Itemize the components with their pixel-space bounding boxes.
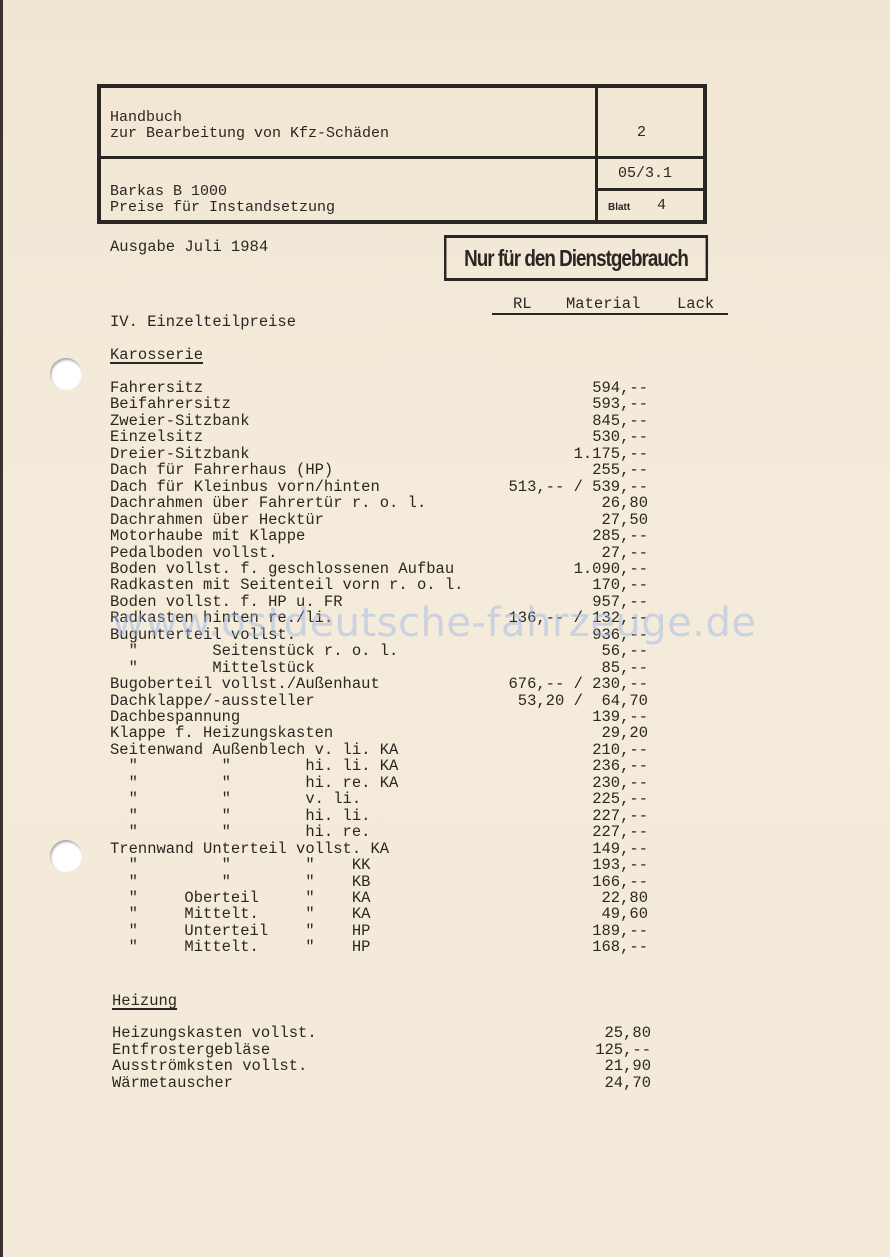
item-price: 85,-- bbox=[601, 660, 648, 677]
item-price: 26,80 bbox=[601, 495, 648, 512]
item-name: Dreier-Sitzbank bbox=[110, 446, 250, 463]
item-name: Trennwand Unterteil vollst. KA bbox=[110, 841, 389, 858]
item-price: 227,-- bbox=[592, 808, 648, 825]
item-price: 21,90 bbox=[604, 1058, 651, 1075]
header-title-line1: Handbuch bbox=[110, 110, 182, 126]
item-price: 1.175,-- bbox=[574, 446, 648, 463]
restricted-use-stamp: Nur für den Dienstgebrauch bbox=[444, 235, 708, 281]
document-page: Handbuch zur Bearbeitung von Kfz-Schäden… bbox=[0, 0, 890, 1257]
item-price: 22,80 bbox=[601, 890, 648, 907]
section-title: IV. Einzelteilpreise bbox=[110, 314, 296, 331]
item-price: 676,-- / 230,-- bbox=[508, 676, 648, 693]
item-name: Beifahrersitz bbox=[110, 396, 231, 413]
item-price: 1.090,-- bbox=[574, 561, 648, 578]
item-name: Motorhaube mit Klappe bbox=[110, 528, 305, 545]
page-edge-shadow bbox=[0, 0, 3, 1257]
header-title-line2: zur Bearbeitung von Kfz-Schäden bbox=[110, 126, 389, 142]
punch-hole-icon bbox=[50, 840, 82, 872]
item-name: " Mittelstück bbox=[110, 660, 315, 677]
item-price: 139,-- bbox=[592, 709, 648, 726]
edition-date: Ausgabe Juli 1984 bbox=[110, 239, 268, 256]
item-name: " " v. li. bbox=[110, 791, 361, 808]
item-name: " Oberteil " KA bbox=[110, 890, 370, 907]
item-name: Pedalboden vollst. bbox=[110, 545, 277, 562]
item-name: " " hi. li. KA bbox=[110, 758, 398, 775]
header-section-code: 05/3.1 bbox=[618, 166, 672, 182]
item-name: Klappe f. Heizungskasten bbox=[110, 725, 333, 742]
item-name: Dach für Kleinbus vorn/hinten bbox=[110, 479, 380, 496]
item-name: Dachklappe/-aussteller bbox=[110, 693, 315, 710]
stamp-text: Nur für den Dienstgebrauch bbox=[464, 245, 688, 272]
watermark: www.ostdeutsche-fahrzeuge.de bbox=[112, 600, 757, 646]
item-name: Entfrostergebläse bbox=[112, 1042, 270, 1059]
header-sheet-number: 4 bbox=[657, 198, 666, 214]
column-header-rule bbox=[492, 313, 728, 315]
item-name: Radkasten mit Seitenteil vorn r. o. l. bbox=[110, 577, 463, 594]
group-title-heizung: Heizung bbox=[112, 993, 177, 1010]
item-price: 225,-- bbox=[592, 791, 648, 808]
item-price: 530,-- bbox=[592, 429, 648, 446]
item-name: " Unterteil " HP bbox=[110, 923, 370, 940]
item-name: Ausströmksten vollst. bbox=[112, 1058, 307, 1075]
column-header-material: Material bbox=[566, 296, 640, 313]
item-price: 255,-- bbox=[592, 462, 648, 479]
item-price: 227,-- bbox=[592, 824, 648, 841]
header-subject-line1: Barkas B 1000 bbox=[110, 184, 227, 200]
item-name: Seitenwand Außenblech v. li. KA bbox=[110, 742, 398, 759]
header-volume: 2 bbox=[637, 125, 646, 141]
column-header-rl: RL bbox=[513, 296, 532, 313]
item-price: 594,-- bbox=[592, 380, 648, 397]
item-price: 27,50 bbox=[601, 512, 648, 529]
document-header-box: Handbuch zur Bearbeitung von Kfz-Schäden… bbox=[97, 84, 707, 224]
header-sheet-label: Blatt bbox=[608, 200, 630, 216]
item-price: 236,-- bbox=[592, 758, 648, 775]
item-price: 168,-- bbox=[592, 939, 648, 956]
item-name: Zweier-Sitzbank bbox=[110, 413, 250, 430]
item-price: 27,-- bbox=[601, 545, 648, 562]
punch-hole-icon bbox=[50, 358, 82, 390]
item-price: 210,-- bbox=[592, 742, 648, 759]
item-price: 49,60 bbox=[601, 906, 648, 923]
item-price: 193,-- bbox=[592, 857, 648, 874]
item-name: Dach für Fahrerhaus (HP) bbox=[110, 462, 333, 479]
item-name: Dachrahmen über Fahrertür r. o. l. bbox=[110, 495, 426, 512]
item-name: Wärmetauscher bbox=[112, 1075, 233, 1092]
item-price: 125,-- bbox=[595, 1042, 651, 1059]
item-name: " Mittelt. " HP bbox=[110, 939, 370, 956]
item-name: " " " KK bbox=[110, 857, 370, 874]
group-title-karosserie: Karosserie bbox=[110, 347, 203, 364]
item-price: 230,-- bbox=[592, 775, 648, 792]
item-price: 29,20 bbox=[601, 725, 648, 742]
item-price: 170,-- bbox=[592, 577, 648, 594]
header-divider-vertical bbox=[595, 88, 598, 220]
header-divider-sheet bbox=[595, 188, 707, 191]
item-name: Fahrersitz bbox=[110, 380, 203, 397]
item-price: 189,-- bbox=[592, 923, 648, 940]
item-price: 513,-- / 539,-- bbox=[508, 479, 648, 496]
column-header-lack: Lack bbox=[677, 296, 714, 313]
header-divider-horizontal bbox=[101, 156, 703, 159]
item-name: Heizungskasten vollst. bbox=[112, 1025, 317, 1042]
item-price: 24,70 bbox=[604, 1075, 651, 1092]
item-price: 285,-- bbox=[592, 528, 648, 545]
item-name: " " hi. re. KA bbox=[110, 775, 398, 792]
item-price: 593,-- bbox=[592, 396, 648, 413]
item-price: 53,20 / 64,70 bbox=[518, 693, 648, 710]
header-subject-line2: Preise für Instandsetzung bbox=[110, 200, 335, 216]
item-name: Dachbespannung bbox=[110, 709, 240, 726]
item-name: Bugoberteil vollst./Außenhaut bbox=[110, 676, 380, 693]
item-name: Dachrahmen über Hecktür bbox=[110, 512, 324, 529]
item-name: Einzelsitz bbox=[110, 429, 203, 446]
item-name: " " hi. re. bbox=[110, 824, 370, 841]
item-name: " Mittelt. " KA bbox=[110, 906, 370, 923]
item-name: " " hi. li. bbox=[110, 808, 370, 825]
item-price: 166,-- bbox=[592, 874, 648, 891]
item-price: 149,-- bbox=[592, 841, 648, 858]
item-price: 845,-- bbox=[592, 413, 648, 430]
item-name: Boden vollst. f. geschlossenen Aufbau bbox=[110, 561, 454, 578]
item-name: " " " KB bbox=[110, 874, 370, 891]
item-price: 25,80 bbox=[604, 1025, 651, 1042]
